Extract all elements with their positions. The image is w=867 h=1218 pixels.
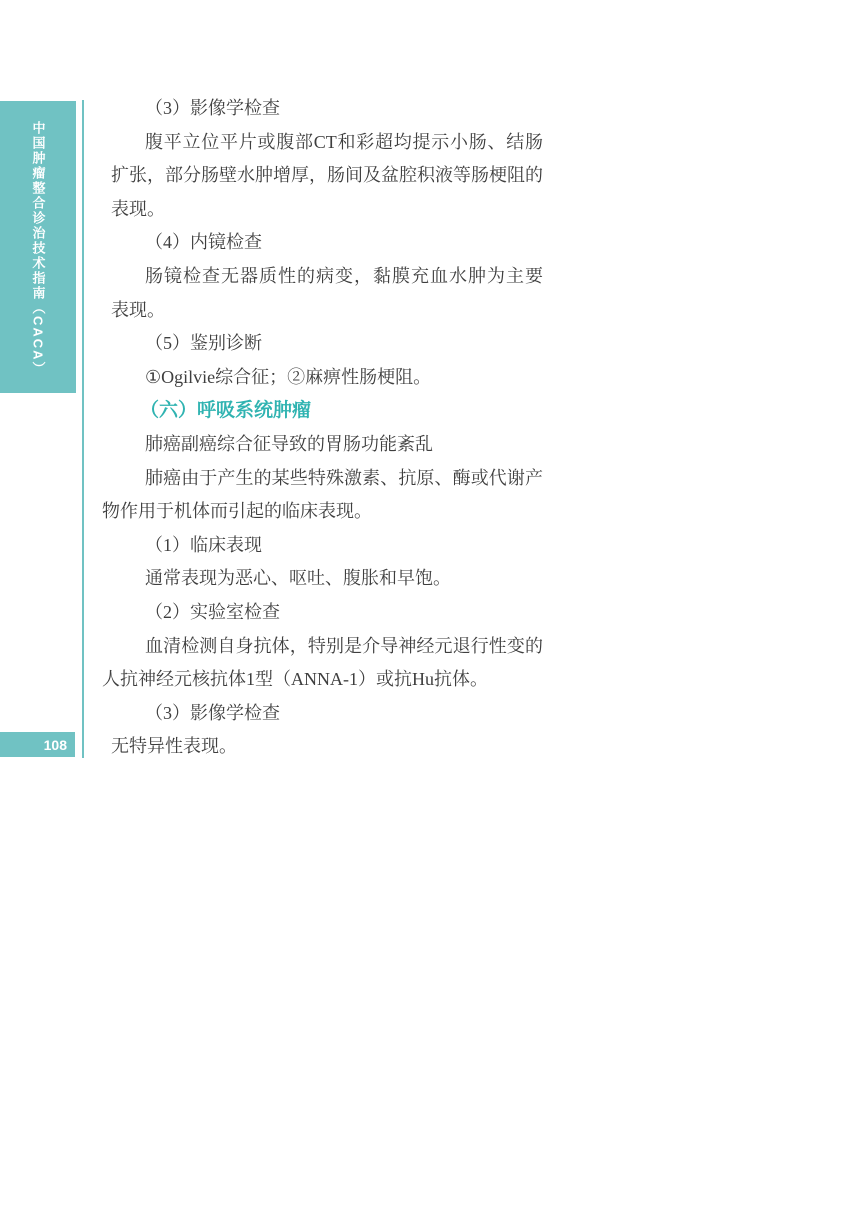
- content-lines: （3）影像学检查腹平立位平片或腹部CT和彩超均提示小肠、结肠扩张，部分肠壁水肿增…: [111, 92, 543, 764]
- text-line: （1）临床表现: [111, 529, 543, 563]
- book-page: 中国肿瘤整合诊治技术指南（CACA） 108 （3）影像学检查腹平立位平片或腹部…: [0, 0, 867, 1218]
- text-line: ①Ogilvie综合征；②麻痹性肠梗阻。: [111, 361, 543, 395]
- text-line: 人抗神经元核抗体1型（ANNA-1）或抗Hu抗体。: [102, 663, 543, 697]
- sidebar-title-box: 中国肿瘤整合诊治技术指南（CACA）: [0, 101, 76, 393]
- text-line: 肠镜检查无器质性的病变，黏膜充血水肿为主要: [111, 260, 543, 294]
- text-line: （5）鉴别诊断: [111, 327, 543, 361]
- text-line: 腹平立位平片或腹部CT和彩超均提示小肠、结肠: [111, 126, 543, 160]
- text-line: 物作用于机体而引起的临床表现。: [102, 495, 543, 529]
- book-title-vertical: 中国肿瘤整合诊治技术指南（CACA）: [32, 121, 45, 377]
- text-line: （3）影像学检查: [111, 92, 543, 126]
- page-number-box: 108: [0, 732, 75, 757]
- text-line: 表现。: [111, 294, 543, 328]
- text-line: 肺癌由于产生的某些特殊激素、抗原、酶或代谢产: [111, 462, 543, 496]
- vertical-rule-divider: [82, 100, 84, 758]
- page-number: 108: [44, 738, 67, 752]
- text-line: （2）实验室检查: [111, 596, 543, 630]
- text-line: 表现。: [111, 193, 543, 227]
- text-line: 肺癌副癌综合征导致的胃肠功能紊乱: [111, 428, 543, 462]
- section-heading: （六）呼吸系统肿瘤: [111, 394, 543, 428]
- text-line: 无特异性表现。: [111, 730, 543, 764]
- text-line: （3）影像学检查: [111, 697, 543, 731]
- text-line: 通常表现为恶心、呕吐、腹胀和早饱。: [111, 562, 543, 596]
- text-line: 血清检测自身抗体，特别是介导神经元退行性变的: [111, 630, 543, 664]
- text-line: 扩张，部分肠壁水肿增厚，肠间及盆腔积液等肠梗阻的: [111, 159, 543, 193]
- text-line: （4）内镜检查: [111, 226, 543, 260]
